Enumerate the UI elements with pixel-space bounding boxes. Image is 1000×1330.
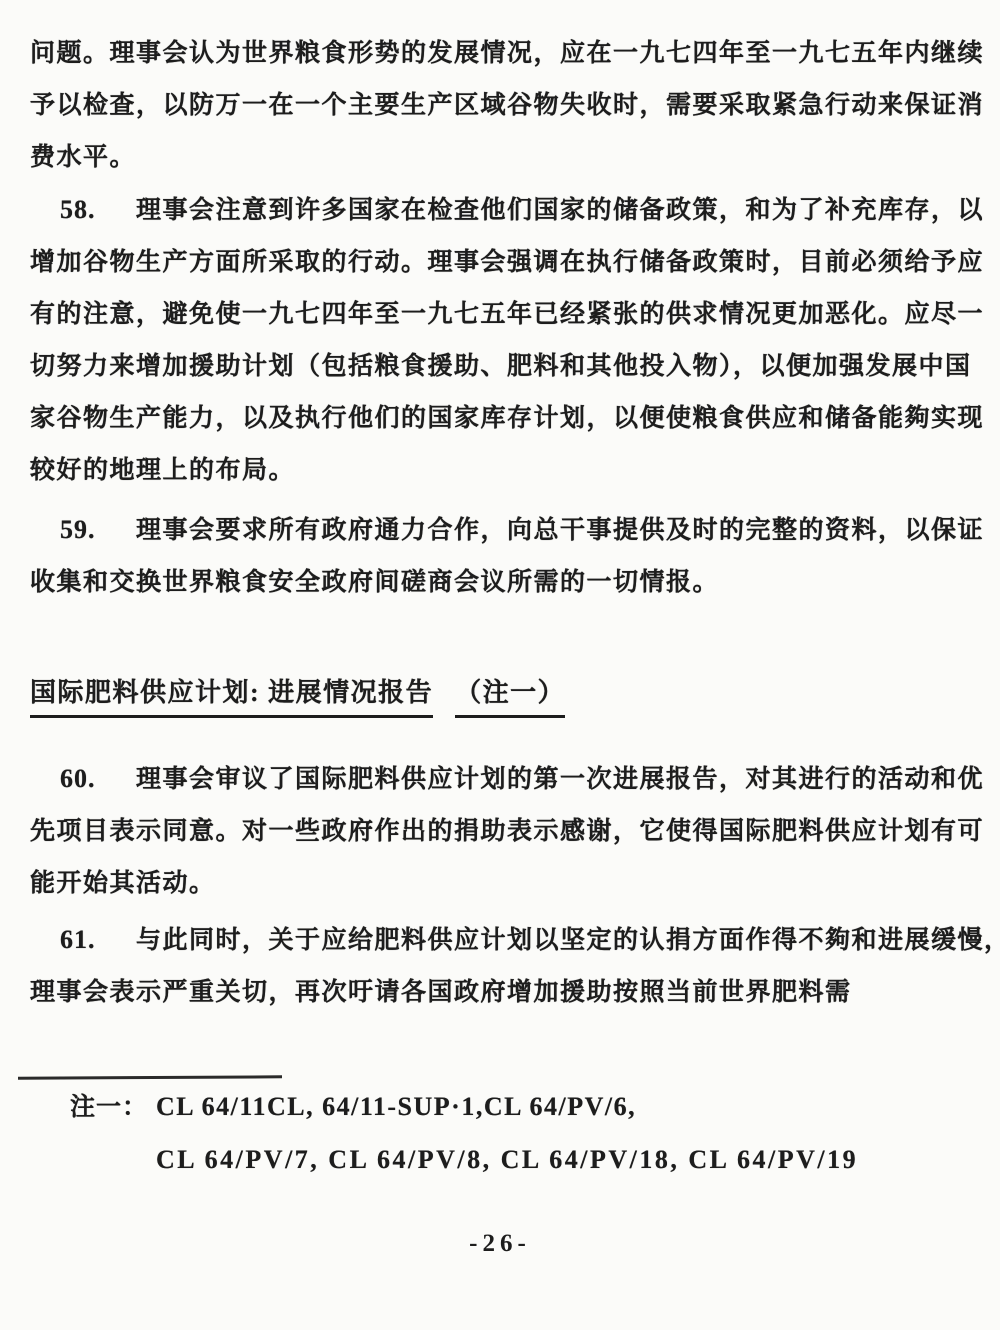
paragraph-number: 61. (60, 914, 136, 966)
paragraph-number: 60. (60, 753, 136, 805)
paragraph-60: 60.理事会审议了国际肥料供应计划的第一次进展报告，对其进行的活动和优 先项目表… (30, 753, 970, 910)
paragraph-61: 61.与此同时，关于应给肥料供应计划以坚定的认捐方面作得不夠和进展缓慢， 理事会… (30, 914, 970, 1019)
text-line: 能开始其活动。 (30, 858, 970, 910)
paragraph-number: 58. (60, 184, 136, 236)
paragraph-58: 58.理事会注意到许多国家在检查他们国家的储备政策，和为了补充库存，以 增加谷物… (30, 184, 970, 497)
text-line: 理事会要求所有政府通力合作，向总干事提供及时的完整的资料，以保证 (136, 517, 984, 544)
footnote-line-2: CL 64/PV/7, CL 64/PV/8, CL 64/PV/18, CL … (70, 1134, 858, 1186)
footnote-references: CL 64/11CL, 64/11-SUP·1,CL 64/PV/6, (156, 1092, 636, 1121)
footnote-divider (18, 1075, 282, 1079)
text-line: 费水平。 (30, 132, 970, 184)
text-line: 收集和交换世界粮食安全政府间磋商会议所需的一切情报。 (30, 557, 970, 609)
footnote-label: 注一： (70, 1082, 156, 1134)
text-line: 理事会表示严重关切，再次吁请各国政府增加援助按照当前世界肥料需 (30, 967, 970, 1019)
paragraph-59: 59.理事会要求所有政府通力合作，向总干事提供及时的完整的资料，以保证 收集和交… (30, 504, 970, 609)
text-line: 有的注意，避免使一九七四年至一九七五年已经紧张的供求情况更加恶化。应尽一 (30, 289, 970, 341)
text-line: 58.理事会注意到许多国家在检查他们国家的储备政策，和为了补充库存，以 (30, 184, 970, 237)
footnote: 注一：CL 64/11CL, 64/11-SUP·1,CL 64/PV/6, C… (70, 1081, 858, 1186)
text-line: 与此同时，关于应给肥料供应计划以坚定的认捐方面作得不夠和进展缓慢， (136, 927, 1000, 954)
heading-note-ref: （注一） (455, 672, 565, 718)
text-line: 60.理事会审议了国际肥料供应计划的第一次进展报告，对其进行的活动和优 (30, 753, 970, 806)
text-line: 增加谷物生产方面所采取的行动。理事会强调在执行储备政策时，目前必须给予应 (30, 237, 970, 289)
text-line: 59.理事会要求所有政府通力合作，向总干事提供及时的完整的资料，以保证 (30, 504, 970, 557)
text-line: 理事会审议了国际肥料供应计划的第一次进展报告，对其进行的活动和优 (136, 766, 984, 793)
paragraph-number: 59. (60, 504, 136, 556)
text-line: 较好的地理上的布局。 (30, 445, 970, 497)
text-line: 先项目表示同意。对一些政府作出的捐助表示感谢，它使得国际肥料供应计划有可 (30, 806, 970, 858)
text-line: 61.与此同时，关于应给肥料供应计划以坚定的认捐方面作得不夠和进展缓慢， (30, 914, 970, 967)
section-heading: 国际肥料供应计划: 进展情况报告（注一） (30, 672, 565, 718)
text-line: 切努力来增加援助计划（包括粮食援助、肥料和其他投入物），以便加强发展中国 (30, 341, 970, 393)
text-line: 予以检查，以防万一在一个主要生产区域谷物失收时，需要采取紧急行动来保证消 (30, 80, 970, 132)
text-line: 问题。理事会认为世界粮食形势的发展情况，应在一九七四年至一九七五年内继续 (30, 28, 970, 80)
footnote-line-1: 注一：CL 64/11CL, 64/11-SUP·1,CL 64/PV/6, (70, 1081, 858, 1134)
page-number: -26- (0, 1230, 1000, 1258)
paragraph-continuation: 问题。理事会认为世界粮食形势的发展情况，应在一九七四年至一九七五年内继续 予以检… (30, 28, 970, 184)
document-page: 问题。理事会认为世界粮食形势的发展情况，应在一九七四年至一九七五年内继续 予以检… (0, 0, 1000, 1330)
heading-title: 国际肥料供应计划: 进展情况报告 (30, 672, 433, 718)
text-line: 理事会注意到许多国家在检查他们国家的储备政策，和为了补充库存，以 (136, 197, 984, 224)
text-line: 家谷物生产能力，以及执行他们的国家库存计划，以便使粮食供应和储备能夠实现 (30, 393, 970, 445)
